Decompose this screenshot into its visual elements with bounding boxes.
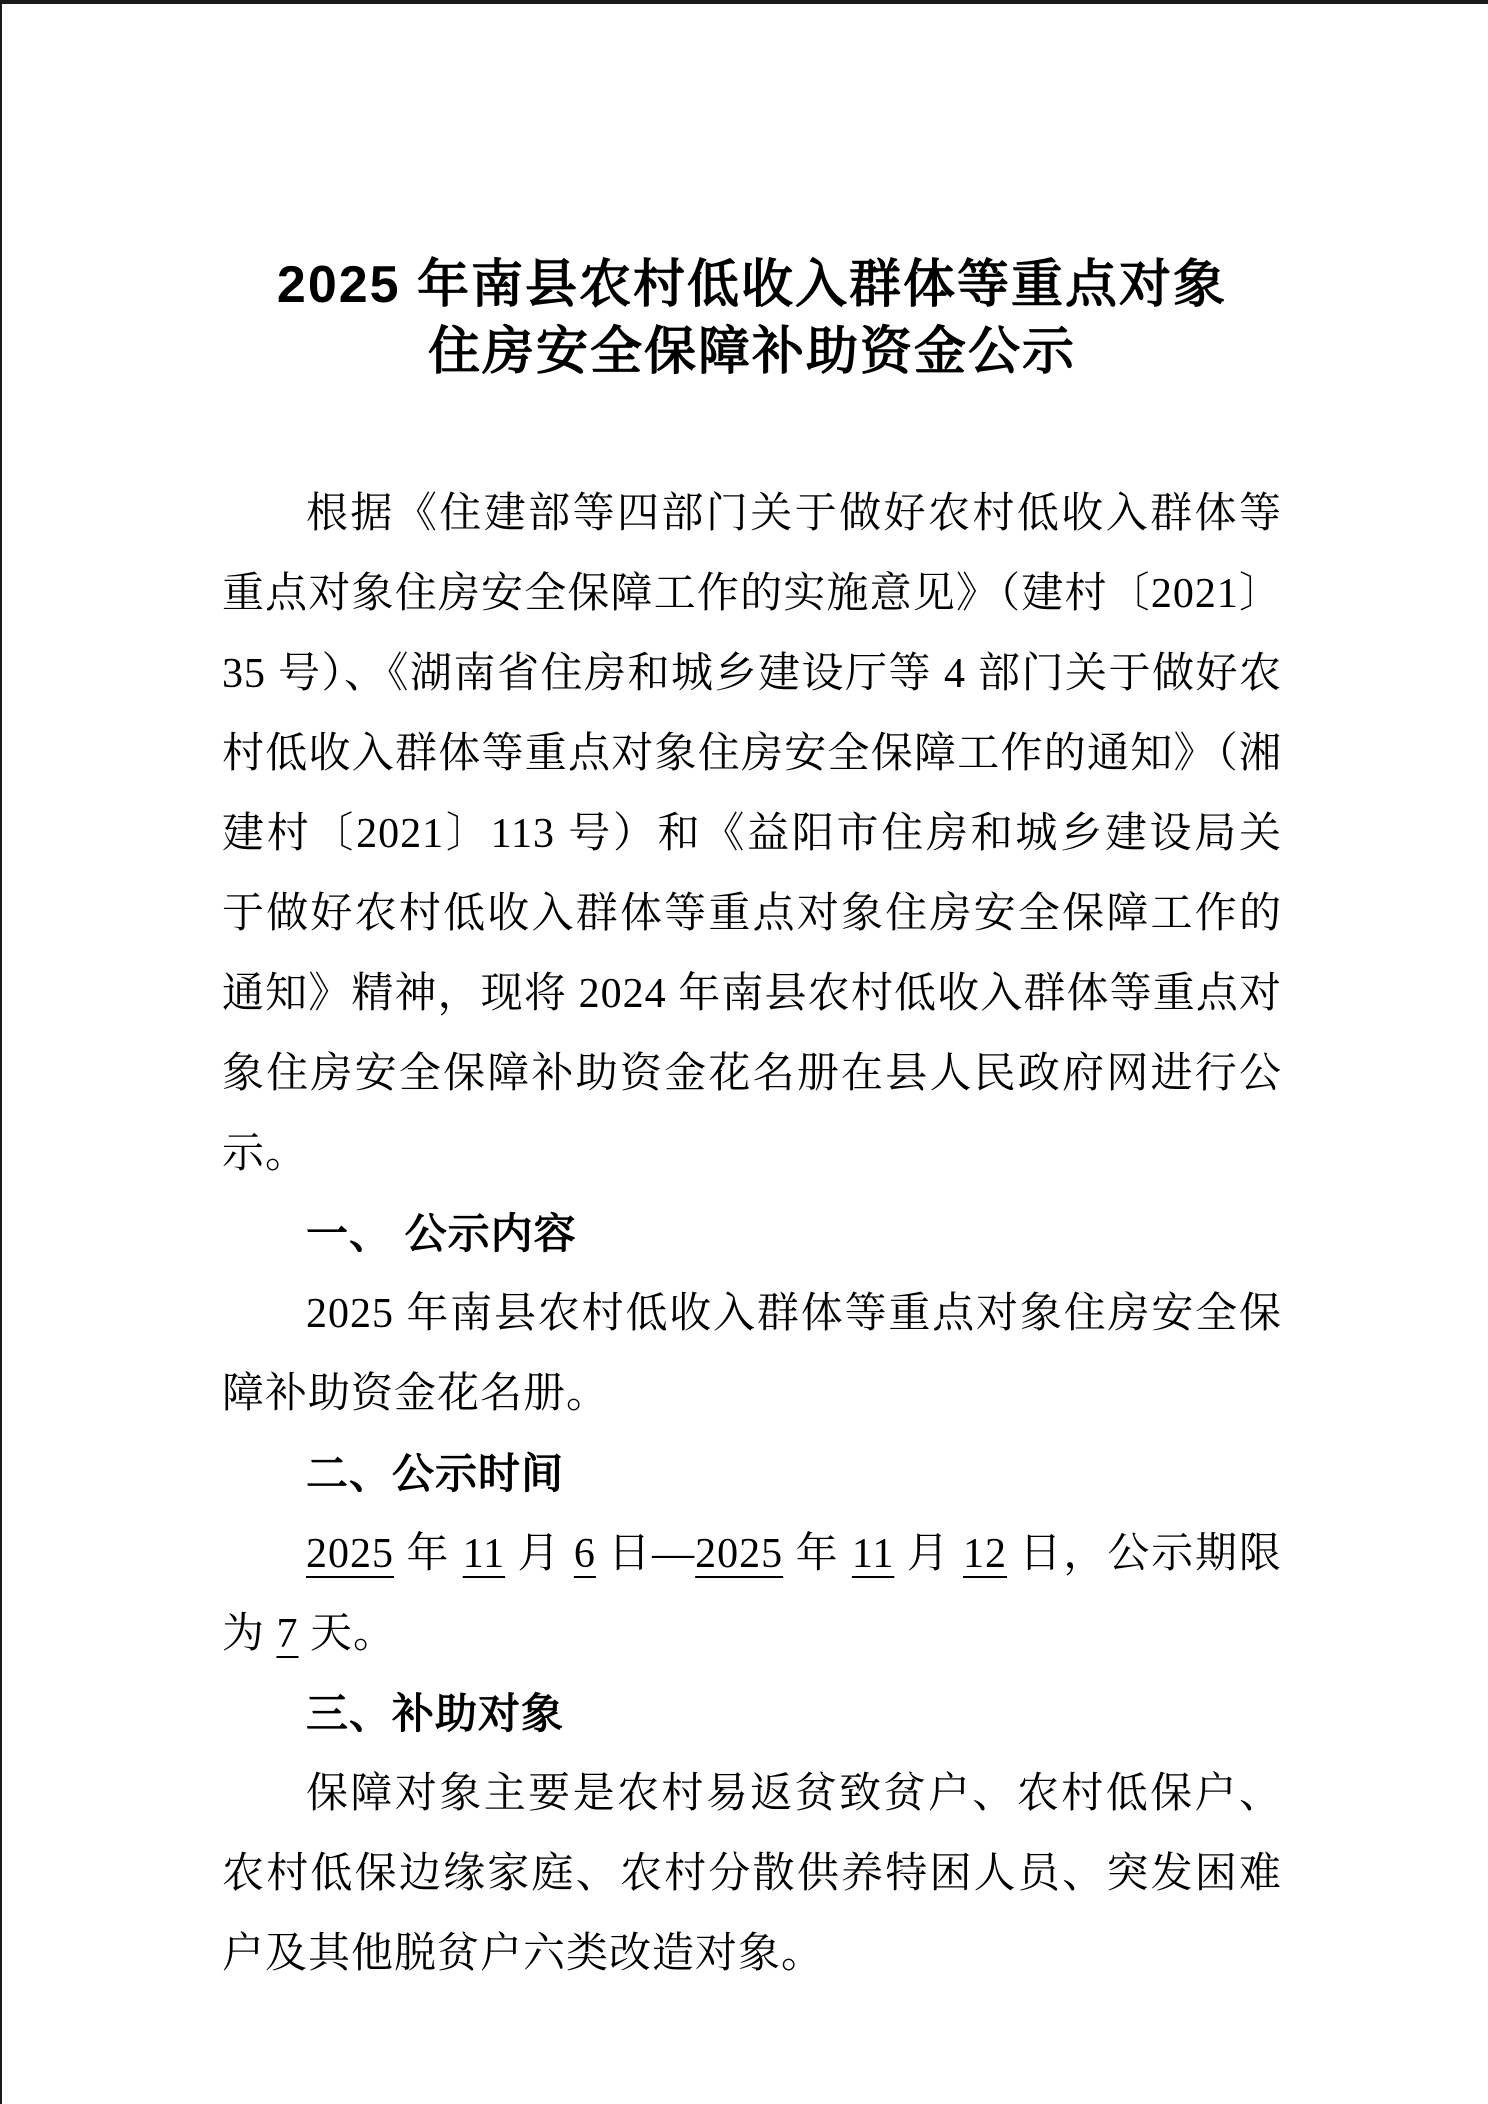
section-2-body: 2025 年 11 月 6 日—2025 年 11 月 12 日，公示期限为 7… — [222, 1514, 1282, 1674]
date-text: 月 — [894, 1531, 963, 1577]
underlined-date-value: 11 — [852, 1531, 894, 1577]
date-text: 日— — [596, 1531, 695, 1577]
underlined-date-value: 7 — [277, 1611, 299, 1657]
underlined-date-value: 12 — [963, 1531, 1007, 1577]
section-3-body: 保障对象主要是农村易返贫致贫户、农村低保户、农村低保边缘家庭、农村分散供养特困人… — [222, 1754, 1282, 1994]
section-3-heading: 三、补助对象 — [222, 1674, 1282, 1754]
date-text: 天。 — [299, 1611, 397, 1657]
underlined-date-value: 2025 — [306, 1531, 394, 1577]
date-text: 年 — [783, 1531, 852, 1577]
document-page: 2025 年南县农村低收入群体等重点对象 住房安全保障补助资金公示 根据《住建部… — [0, 0, 1488, 2104]
underlined-date-value: 11 — [463, 1531, 505, 1577]
title-line-2: 住房安全保障补助资金公示 — [222, 319, 1282, 386]
underlined-date-value: 6 — [574, 1531, 596, 1577]
section-1-body: 2025 年南县农村低收入群体等重点对象住房安全保障补助资金花名册。 — [222, 1274, 1282, 1434]
date-text: 月 — [505, 1531, 574, 1577]
date-text: 年 — [394, 1531, 463, 1577]
section-2-heading: 二、公示时间 — [222, 1434, 1282, 1514]
title-line-1: 2025 年南县农村低收入群体等重点对象 — [222, 252, 1282, 319]
intro-paragraph: 根据《住建部等四部门关于做好农村低收入群体等重点对象住房安全保障工作的实施意见》… — [222, 474, 1282, 1194]
section-1-heading: 一、 公示内容 — [222, 1194, 1282, 1274]
underlined-date-value: 2025 — [695, 1531, 783, 1577]
document-title: 2025 年南县农村低收入群体等重点对象 住房安全保障补助资金公示 — [222, 252, 1282, 386]
